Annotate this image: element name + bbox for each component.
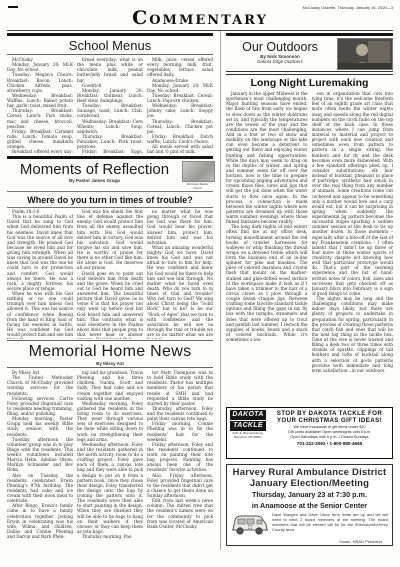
scan-mark — [8, 6, 18, 8]
paragraph: Monday, January 20: MLK Day, No school. — [147, 83, 213, 93]
paragraph: Tuesday: Megan's Choice: Breakfast: Baco… — [7, 72, 73, 93]
school-menus-col-2: bread everyday; what is on the menu plus… — [77, 57, 143, 154]
paragraph: bread everyday; what is on the menu plus… — [77, 57, 143, 83]
paragraph: The long dark nights of mid winter often… — [226, 224, 308, 342]
paragraph: tor Matt Thompson was in to hold Bible s… — [147, 370, 213, 406]
headline-rule — [7, 207, 213, 208]
paragraph: Breakfast offered every day: two choices… — [7, 149, 73, 154]
page-title: Commentary — [7, 9, 393, 28]
harvey-body-text: Dave Wangen and Dave Olson term limits a… — [272, 512, 388, 533]
our-outdoors-title-wrap: Our Outdoors By Nick Simonson Dakota Edg… — [226, 38, 334, 64]
left-column-block: School Menus McCluskyMonday, January 20:… — [7, 31, 213, 550]
moments-headline: Where do you turn in times of trouble? — [7, 195, 213, 205]
our-outdoors-section: Our Outdoors By Nick Simonson Dakota Edg… — [226, 38, 393, 403]
school-menus-col-1: McCluskyMonday, January 20: MLK Day, No … — [7, 57, 73, 154]
school-menus-col-3: Milk, juice, cereal offered every mornin… — [147, 57, 213, 154]
section-divider — [226, 33, 393, 36]
paragraph: January in the upper Midwest is the spor… — [226, 91, 308, 224]
paragraph: Wednesday: Breakfast: Waffles; Lunch: Ba… — [7, 93, 73, 108]
paragraph: Thursday afternoon, Foley and the reside… — [147, 406, 213, 421]
moments-col-1: Psalm 18:1-6This is a beautiful Psalm of… — [7, 209, 73, 339]
memorial-byline: By Missy Axt — [7, 361, 213, 366]
dakota-line-2: Gift cards available! Open weeknights un… — [270, 430, 389, 435]
harvey-body-row: Dave Wangen and Dave Olson term limits a… — [231, 512, 388, 538]
dakota-logo-line1: DAKOTA — [230, 410, 266, 420]
harvey-when-2: in Anamoose at the Senior Center — [231, 502, 388, 510]
paragraph: Wednesday: Breakfast: Corn Wheats; Lunch… — [77, 119, 143, 134]
dakota-phone: 701-222-3092 • 1-800-880-4665 — [270, 441, 389, 446]
memorial-home-news-section: Memorial Home News By Missy Axt By Missy… — [7, 340, 213, 550]
paragraph: Also on Tuesday, the residents celebrate… — [7, 473, 73, 504]
paragraph: After Bingo, Erwin's family came in to h… — [7, 503, 73, 539]
paragraph: All meals served with salad bar and ½ pi… — [147, 144, 213, 154]
memorial-col-2: nig and his grandson, Travis Phennig and… — [77, 370, 143, 550]
page-body: School Menus McCluskyMonday, January 20:… — [7, 31, 393, 550]
title-rule — [7, 367, 213, 368]
paragraph: Friday afternoon, Foley and the resident… — [147, 442, 213, 473]
paragraph: Milk, juice, cereal offered every mornin… — [147, 57, 213, 78]
school-menus-columns: McCluskyMonday, January 20: MLK Day, No … — [7, 57, 213, 154]
columnist-photo-image — [338, 39, 392, 69]
paragraph: Monday, January 20: MLK Day, No school. — [7, 62, 73, 72]
memorial-columns: By Missy AxtThe United Methodist Church … — [7, 370, 213, 550]
paragraph: Friday morning, Connie Phennig was in to… — [147, 421, 213, 442]
harvey-when-1: Thursday, January 23 at 7:30 p.m. — [231, 491, 388, 499]
paragraph: When he was with his God nothing or no o… — [7, 291, 73, 339]
paragraph: Friday: Breakfast: Caramel rolls; Lunch:… — [7, 129, 73, 150]
our-outdoors-byline-org: Dakota Edge Outdoors — [226, 59, 334, 64]
paragraph: Following services, Carrie Foley provide… — [7, 396, 73, 417]
paragraph: Wednesday morning, Foley gathered the re… — [77, 401, 143, 442]
moments-title: Moments of Reflection — [7, 161, 182, 178]
paragraph: no matter what he was going through or f… — [147, 209, 213, 245]
paragraph: Thursday morning, Pas- — [77, 534, 143, 539]
ambulance-icon — [231, 512, 269, 538]
dakota-tackle-ad: DAKOTA TACKLE 3311 E. Bismarck Expy.Bism… — [226, 407, 393, 459]
paragraph: Also, Friday afternoon, Foley provided f… — [147, 473, 213, 499]
school-menus-section: School Menus McCluskyMonday, January 20:… — [7, 38, 213, 154]
title-rule — [7, 340, 213, 341]
paragraph: Monday, January 20: Breakfast: Oatmeal; … — [77, 88, 143, 103]
title-rule — [7, 54, 213, 55]
harvey-title-2: January Election/Meeting — [231, 479, 388, 490]
dakota-headline-2: YOUR CHRISTMAS GIFT IDEAS! — [270, 417, 389, 424]
paragraph: Tuesday: Breakfast: Cereal; Lunch: Popco… — [147, 93, 213, 103]
dakota-tackle-logo: DAKOTA TACKLE 3311 E. Bismarck Expy.Bism… — [230, 410, 266, 456]
our-outdoors-title: Our Outdoors — [226, 40, 334, 54]
harvey-ambulance-ad: Harvey Rural Ambulance District January … — [226, 464, 393, 546]
paragraph: Tuesday: Breakfast: Sausage, toast; Lunc… — [77, 103, 143, 118]
moments-columns: Psalm 18:1-6This is a beautiful Psalm of… — [7, 209, 213, 339]
section-divider — [7, 33, 213, 36]
moments-title-wrap: Moments of Reflection By Pastor James Gr… — [7, 161, 182, 183]
dakota-ad-copy: STOP BY DAKOTA TACKLE FOR YOUR CHRISTMAS… — [270, 410, 389, 456]
right-column-block: Our Outdoors By Nick Simonson Dakota Edg… — [220, 31, 393, 550]
newspaper-page: McClusky Gazette, Thursday, January 16, … — [0, 0, 400, 567]
paragraph: Thursday: Breakfast: Pancakes; Lunch: Po… — [77, 134, 143, 149]
article-headline: Long Night Luremaking — [226, 77, 393, 89]
headline-rule — [7, 191, 213, 192]
moments-byline: By Pastor James Grupp — [7, 178, 182, 183]
paragraph: This is a beautiful Psalm of David that … — [7, 214, 73, 291]
paragraph: Friday: Breakfast: Dutch waffle; Lunch: … — [147, 134, 213, 144]
paragraph: Wednesday afternoon, Foley and the resid… — [77, 442, 143, 534]
paragraph: God was his shield the first line of def… — [77, 209, 143, 271]
paragraph: Wednesday: Breakfast: Johnny cake; Lunch… — [147, 103, 213, 118]
paragraph: The United Methodist Church of McClusky … — [7, 375, 73, 396]
paragraph: son in organization that cuts into tying… — [312, 91, 394, 296]
harvey-signature: Susan, HRAD President — [231, 539, 388, 544]
article-col-2: son in organization that cuts into tying… — [312, 91, 394, 403]
dakota-logo-line2: TACKLE — [230, 421, 266, 431]
dakota-address: 3311 E. Bismarck Expy.Bismarck, ND 58501 — [230, 432, 266, 439]
paragraph: David goes on to point out God delivers … — [77, 271, 143, 340]
paragraph: Edit from last week's news column: The m… — [147, 498, 213, 529]
church-photo-caption: McClusky Baptist Church — [182, 182, 213, 190]
church-photo-image — [182, 161, 215, 182]
paragraph: Thursday: Breakfast: Cereal; Lunch: Fish… — [7, 108, 73, 129]
paragraph: Tuesday afternoon the volunteer group wa… — [7, 437, 73, 473]
dakota-headline-1: STOP BY DAKOTA TACKLE FOR — [270, 410, 389, 417]
memorial-col-3: tor Matt Thompson was in to hold Bible s… — [147, 370, 213, 550]
memorial-title: Memorial Home News — [7, 343, 213, 361]
section-divider — [7, 156, 213, 159]
paragraph: Monday morning, Pastor Grupp held his we… — [7, 416, 73, 437]
school-menus-title: School Menus — [7, 38, 213, 53]
paragraph: Bismarck, ND 58501 — [230, 436, 266, 440]
article-columns: January in the upper Midwest is the spor… — [226, 91, 393, 403]
double-rule — [226, 71, 393, 75]
moments-col-3: no matter what he was going through or f… — [147, 209, 213, 339]
moments-of-reflection-section: Moments of Reflection By Pastor James Gr… — [7, 161, 213, 339]
paragraph: Thursday: Breakfast: Cereal; Lunch: Chic… — [147, 119, 213, 134]
moments-col-2: God was his shield the first line of def… — [77, 209, 143, 339]
our-outdoors-header: Our Outdoors By Nick Simonson Dakota Edg… — [226, 38, 393, 70]
article-col-1: January in the upper Midwest is the spor… — [226, 91, 308, 403]
memorial-col-1: By Missy AxtThe United Methodist Church … — [7, 370, 73, 550]
columnist-photo — [337, 38, 393, 70]
paragraph: What an amazing wonderful mighty God we … — [147, 245, 213, 339]
paragraph: The nights may be long and the challengi… — [312, 296, 394, 373]
dakota-line-3: Open Saturdays until 5 p.m. • Closed Sun… — [270, 435, 389, 440]
paragraph: Friday: Breakfast: Eggs, bacon; Lunch: C… — [77, 149, 143, 154]
church-photo: McClusky Baptist Church — [182, 161, 213, 190]
paragraph: nig and his grandson, Travis Phennig and… — [77, 370, 143, 401]
moments-header: Moments of Reflection By Pastor James Gr… — [7, 161, 213, 190]
